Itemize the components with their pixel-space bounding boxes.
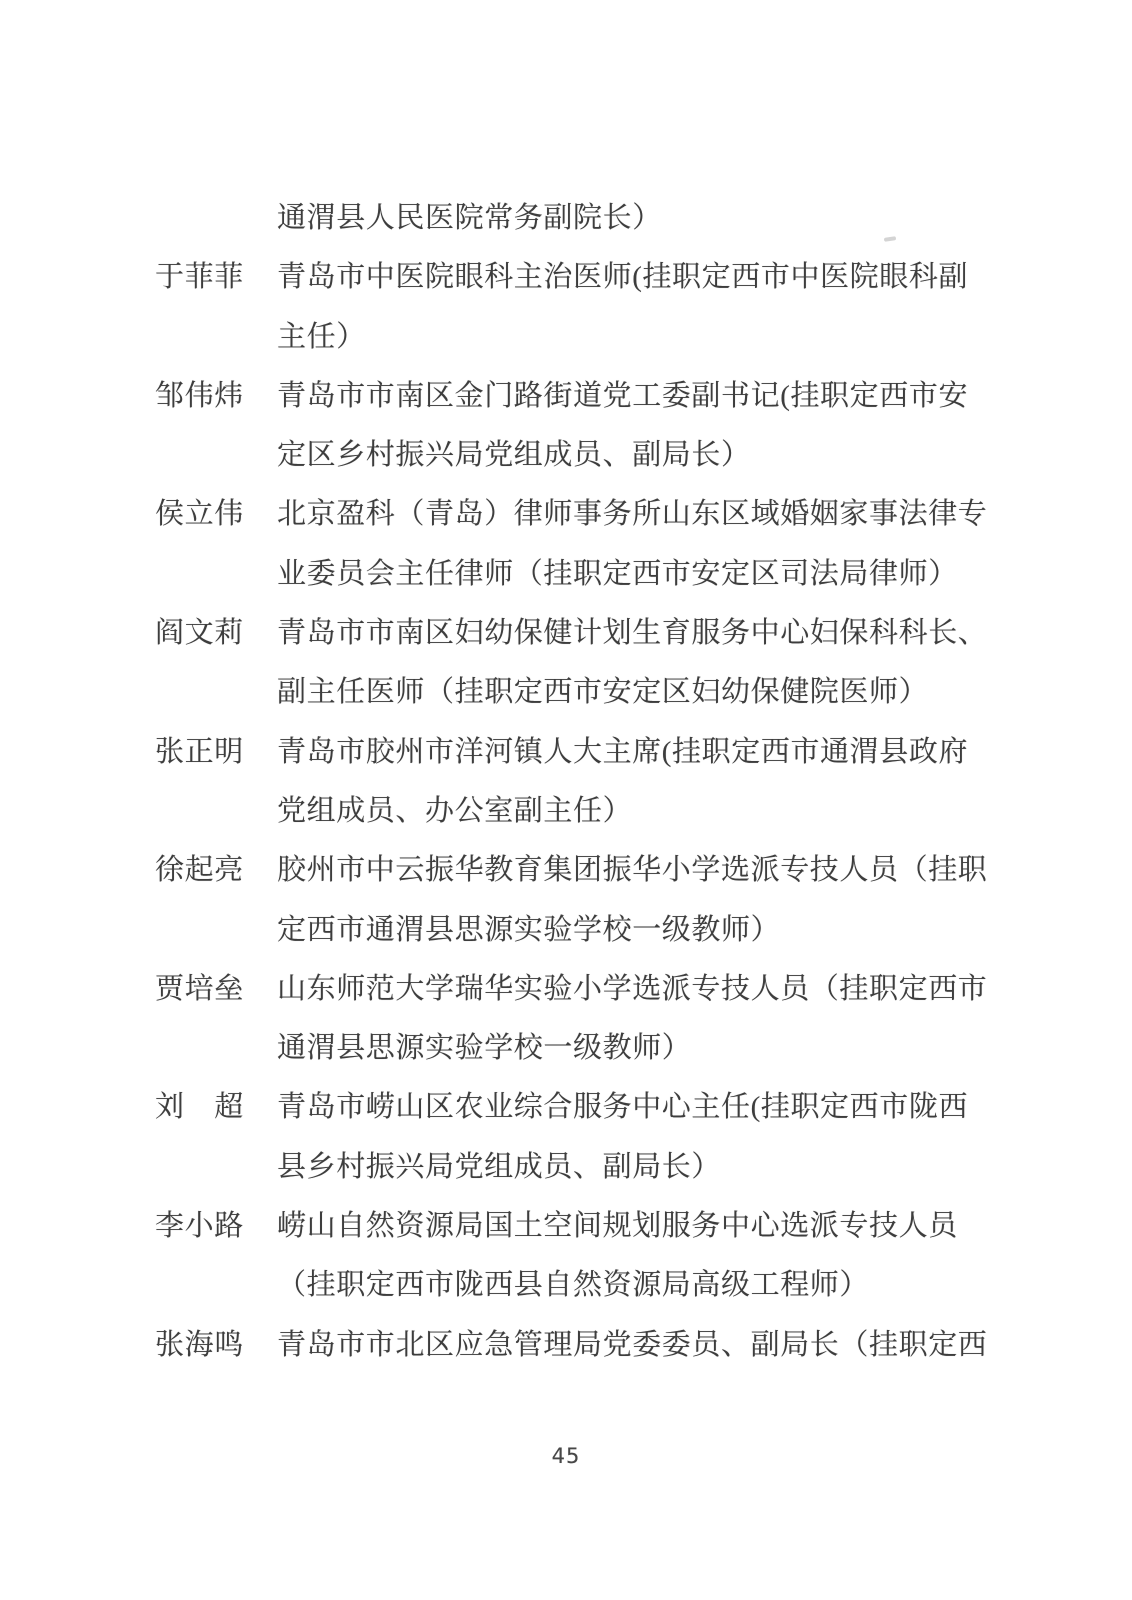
person-position: 北京盈科（青岛）律师事务所山东区域婚姻家事法律专业委员会主任律师（挂职定西市安定…: [277, 485, 995, 604]
page-number: 45: [0, 1444, 1132, 1468]
person-position: 青岛市市南区金门路街道党工委副书记(挂职定西市安定区乡村振兴局党组成员、副局长）: [277, 367, 995, 486]
person-name: 刘 超: [155, 1078, 277, 1137]
person-position: 胶州市中云振华教育集团振华小学选派专技人员（挂职定西市通渭县思源实验学校一级教师…: [277, 841, 995, 960]
text-line: 青岛市胶州市洋河镇人大主席(挂职定西市通渭县政府: [277, 723, 995, 782]
text-line: 胶州市中云振华教育集团振华小学选派专技人员（挂职: [277, 841, 995, 900]
text-line: 主任）: [277, 308, 995, 367]
person-position: 山东师范大学瑞华实验小学选派专技人员（挂职定西市通渭县思源实验学校一级教师）: [277, 960, 995, 1079]
person-name: 侯立伟: [155, 485, 277, 544]
list-item: 于菲菲 青岛市中医院眼科主治医师(挂职定西市中医院眼科副主任）: [155, 248, 995, 367]
person-position: 青岛市市北区应急管理局党委委员、副局长（挂职定西: [277, 1316, 995, 1375]
list-item: 邹伟炜 青岛市市南区金门路街道党工委副书记(挂职定西市安定区乡村振兴局党组成员、…: [155, 367, 995, 486]
list-item: 刘 超 青岛市崂山区农业综合服务中心主任(挂职定西市陇西县乡村振兴局党组成员、副…: [155, 1078, 995, 1197]
person-position: 崂山自然资源局国土空间规划服务中心选派专技人员（挂职定西市陇西县自然资源局高级工…: [277, 1197, 995, 1316]
list-item: 张海鸣 青岛市市北区应急管理局党委委员、副局长（挂职定西: [155, 1316, 995, 1375]
text-line: 山东师范大学瑞华实验小学选派专技人员（挂职定西市: [277, 960, 995, 1019]
text-line: 业委员会主任律师（挂职定西市安定区司法局律师）: [277, 545, 995, 604]
list-item: 阎文莉 青岛市市南区妇幼保健计划生育服务中心妇保科科长、副主任医师（挂职定西市安…: [155, 604, 995, 723]
person-position: 青岛市崂山区农业综合服务中心主任(挂职定西市陇西县乡村振兴局党组成员、副局长）: [277, 1078, 995, 1197]
person-name: 贾培垒: [155, 960, 277, 1019]
text-line: 北京盈科（青岛）律师事务所山东区域婚姻家事法律专: [277, 485, 995, 544]
text-line: 崂山自然资源局国土空间规划服务中心选派专技人员: [277, 1197, 995, 1256]
person-name: 阎文莉: [155, 604, 277, 663]
list-item: 侯立伟 北京盈科（青岛）律师事务所山东区域婚姻家事法律专业委员会主任律师（挂职定…: [155, 485, 995, 604]
person-name: 李小路: [155, 1197, 277, 1256]
text-line: 通渭县人民医院常务副院长）: [277, 189, 995, 248]
list-item: 贾培垒 山东师范大学瑞华实验小学选派专技人员（挂职定西市通渭县思源实验学校一级教…: [155, 960, 995, 1079]
text-line: 青岛市市北区应急管理局党委委员、副局长（挂职定西: [277, 1316, 995, 1375]
person-name: 徐起亮: [155, 841, 277, 900]
text-line: 通渭县思源实验学校一级教师）: [277, 1019, 995, 1078]
list-item: 李小路 崂山自然资源局国土空间规划服务中心选派专技人员（挂职定西市陇西县自然资源…: [155, 1197, 995, 1316]
person-name: 张正明: [155, 723, 277, 782]
text-line: 青岛市市南区金门路街道党工委副书记(挂职定西市安: [277, 367, 995, 426]
text-line: 副主任医师（挂职定西市安定区妇幼保健院医师）: [277, 663, 995, 722]
text-line: 青岛市市南区妇幼保健计划生育服务中心妇保科科长、: [277, 604, 995, 663]
text-line: 定西市通渭县思源实验学校一级教师）: [277, 901, 995, 960]
text-line: 青岛市崂山区农业综合服务中心主任(挂职定西市陇西: [277, 1078, 995, 1137]
person-name: [155, 189, 277, 248]
text-line: （挂职定西市陇西县自然资源局高级工程师）: [277, 1256, 995, 1315]
person-position: 通渭县人民医院常务副院长）: [277, 189, 995, 248]
text-line: 党组成员、办公室副主任）: [277, 782, 995, 841]
list-item: 张正明 青岛市胶州市洋河镇人大主席(挂职定西市通渭县政府党组成员、办公室副主任）: [155, 723, 995, 842]
person-name: 邹伟炜: [155, 367, 277, 426]
list-item: 徐起亮 胶州市中云振华教育集团振华小学选派专技人员（挂职定西市通渭县思源实验学校…: [155, 841, 995, 960]
document-page: 通渭县人民医院常务副院长） 于菲菲 青岛市中医院眼科主治医师(挂职定西市中医院眼…: [0, 0, 1132, 1600]
text-line: 县乡村振兴局党组成员、副局长）: [277, 1138, 995, 1197]
entries-list: 通渭县人民医院常务副院长） 于菲菲 青岛市中医院眼科主治医师(挂职定西市中医院眼…: [155, 189, 995, 1375]
list-item: 通渭县人民医院常务副院长）: [155, 189, 995, 248]
person-position: 青岛市中医院眼科主治医师(挂职定西市中医院眼科副主任）: [277, 248, 995, 367]
person-position: 青岛市胶州市洋河镇人大主席(挂职定西市通渭县政府党组成员、办公室副主任）: [277, 723, 995, 842]
person-position: 青岛市市南区妇幼保健计划生育服务中心妇保科科长、副主任医师（挂职定西市安定区妇幼…: [277, 604, 995, 723]
person-name: 于菲菲: [155, 248, 277, 307]
text-line: 定区乡村振兴局党组成员、副局长）: [277, 426, 995, 485]
person-name: 张海鸣: [155, 1316, 277, 1375]
text-line: 青岛市中医院眼科主治医师(挂职定西市中医院眼科副: [277, 248, 995, 307]
